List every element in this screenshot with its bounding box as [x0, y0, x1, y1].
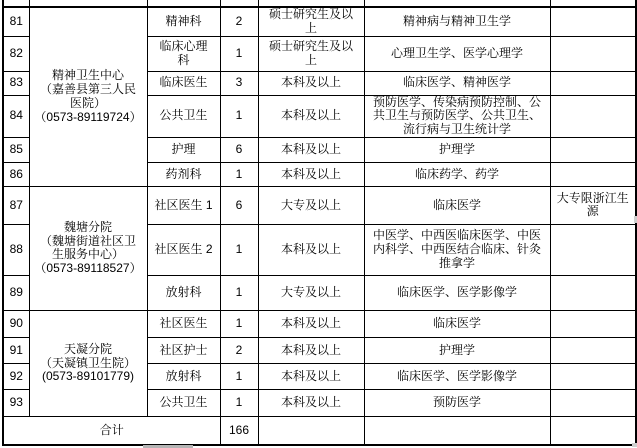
- position-cell: 放射科: [147, 275, 220, 310]
- row-number-cell: 85: [3, 137, 29, 162]
- position-cell: 公共卫生: [147, 95, 220, 137]
- total-remark-cell: [550, 416, 636, 445]
- count-cell: 3: [220, 71, 258, 95]
- count-cell: 1: [220, 275, 258, 310]
- hospital-cell: 精神卫生中心 （嘉善县第三人民 医院） （0573-89119724）: [29, 7, 147, 186]
- major-cell: 护理学: [364, 337, 550, 363]
- remark-cell: [550, 224, 636, 275]
- position-cell: 公共卫生: [147, 389, 220, 416]
- table-row: 87 魏塘分院 （魏塘街道社区卫 生服务中心） （0573-89118527） …: [3, 186, 636, 224]
- remark-cell: [550, 162, 636, 186]
- education-cell: 本科及以上: [258, 95, 364, 137]
- row-number-cell: 81: [3, 7, 29, 36]
- recruitment-table: 81 精神卫生中心 （嘉善县第三人民 医院） （0573-89119724） 精…: [2, 0, 637, 446]
- total-major-cell: [364, 416, 550, 445]
- major-cell: 临床药学、药学: [364, 162, 550, 186]
- remark-cell: [550, 310, 636, 337]
- position-cell: 药剂科: [147, 162, 220, 186]
- row-number-cell: 83: [3, 71, 29, 95]
- education-cell: 本科及以上: [258, 337, 364, 363]
- remark-cell: [550, 275, 636, 310]
- education-cell: 大专及以上: [258, 275, 364, 310]
- education-cell: 硕士研究生及以 上: [258, 36, 364, 71]
- remark-cell: [550, 95, 636, 137]
- remark-cell: [550, 337, 636, 363]
- total-count-cell: 166: [220, 416, 258, 445]
- count-cell: 1: [220, 36, 258, 71]
- count-cell: 1: [220, 310, 258, 337]
- hospital-cell: 魏塘分院 （魏塘街道社区卫 生服务中心） （0573-89118527）: [29, 186, 147, 310]
- total-label-cell: 合计: [3, 416, 220, 445]
- row-number-cell: 88: [3, 224, 29, 275]
- row-number-cell: 89: [3, 275, 29, 310]
- position-cell: 临床医生: [147, 71, 220, 95]
- count-cell: 2: [220, 7, 258, 36]
- education-cell: 本科及以上: [258, 71, 364, 95]
- count-cell: 6: [220, 137, 258, 162]
- position-cell: 社区医生 2: [147, 224, 220, 275]
- education-cell: 本科及以上: [258, 137, 364, 162]
- count-cell: 6: [220, 186, 258, 224]
- remark-cell: [550, 71, 636, 95]
- major-cell: 临床医学、医学影像学: [364, 363, 550, 389]
- row-number-cell: 92: [3, 363, 29, 389]
- education-cell: 硕士研究生及以 上: [258, 7, 364, 36]
- major-cell: 中医学、中西医临床医学、中医 内科学、中西医结合临床、针灸 推拿学: [364, 224, 550, 275]
- count-cell: 1: [220, 162, 258, 186]
- major-cell: 临床医学、精神医学: [364, 71, 550, 95]
- major-cell: 临床医学、医学影像学: [364, 275, 550, 310]
- position-cell: 临床心理 科: [147, 36, 220, 71]
- position-cell: 社区护士: [147, 337, 220, 363]
- total-education-cell: [258, 416, 364, 445]
- count-cell: 1: [220, 224, 258, 275]
- row-number-cell: 90: [3, 310, 29, 337]
- major-cell: 精神病与精神卫生学: [364, 7, 550, 36]
- count-cell: 1: [220, 95, 258, 137]
- education-cell: 本科及以上: [258, 389, 364, 416]
- total-row: 合计 166: [3, 416, 636, 445]
- education-cell: 本科及以上: [258, 363, 364, 389]
- remark-cell: [550, 389, 636, 416]
- remark-cell: [550, 36, 636, 71]
- position-cell: 护理: [147, 137, 220, 162]
- partial-cell: [3, 0, 29, 7]
- education-cell: 本科及以上: [258, 224, 364, 275]
- row-number-cell: 93: [3, 389, 29, 416]
- hospital-cell: 天凝分院 （天凝镇卫生院） (0573-89101779): [29, 310, 147, 416]
- table-row: 90 天凝分院 （天凝镇卫生院） (0573-89101779) 社区医生 1 …: [3, 310, 636, 337]
- partial-cell: [364, 0, 550, 7]
- row-number-cell: 91: [3, 337, 29, 363]
- education-cell: 大专及以上: [258, 186, 364, 224]
- major-cell: 预防医学、传染病预防控制、公 共卫生与预防医学、公共卫生、 流行病与卫生统计学: [364, 95, 550, 137]
- major-cell: 临床医学: [364, 310, 550, 337]
- partial-cell: [550, 0, 636, 7]
- row-number-cell: 82: [3, 36, 29, 71]
- partial-cell: [29, 0, 147, 7]
- position-cell: 社区医生: [147, 310, 220, 337]
- education-cell: 本科及以上: [258, 310, 364, 337]
- row-number-cell: 86: [3, 162, 29, 186]
- partial-cell: [220, 0, 258, 7]
- remark-cell: 大专限浙江生 源: [550, 186, 636, 224]
- education-cell: 本科及以上: [258, 162, 364, 186]
- position-cell: 精神科: [147, 7, 220, 36]
- partial-row: [3, 0, 636, 7]
- partial-cell: [147, 0, 220, 7]
- position-cell: 放射科: [147, 363, 220, 389]
- major-cell: 预防医学: [364, 389, 550, 416]
- table-row: 81 精神卫生中心 （嘉善县第三人民 医院） （0573-89119724） 精…: [3, 7, 636, 36]
- major-cell: 护理学: [364, 137, 550, 162]
- row-number-cell: 84: [3, 95, 29, 137]
- remark-cell: [550, 7, 636, 36]
- table-screenshot-canvas: 81 精神卫生中心 （嘉善县第三人民 医院） （0573-89119724） 精…: [0, 0, 637, 448]
- count-cell: 1: [220, 363, 258, 389]
- position-cell: 社区医生 1: [147, 186, 220, 224]
- major-cell: 临床医学: [364, 186, 550, 224]
- count-cell: 2: [220, 337, 258, 363]
- count-cell: 1: [220, 389, 258, 416]
- remark-cell: [550, 137, 636, 162]
- row-number-cell: 87: [3, 186, 29, 224]
- partial-cell: [258, 0, 364, 7]
- scrollbar-corner-fragment: [632, 443, 637, 447]
- remark-cell: [550, 363, 636, 389]
- major-cell: 心理卫生学、医学心理学: [364, 36, 550, 71]
